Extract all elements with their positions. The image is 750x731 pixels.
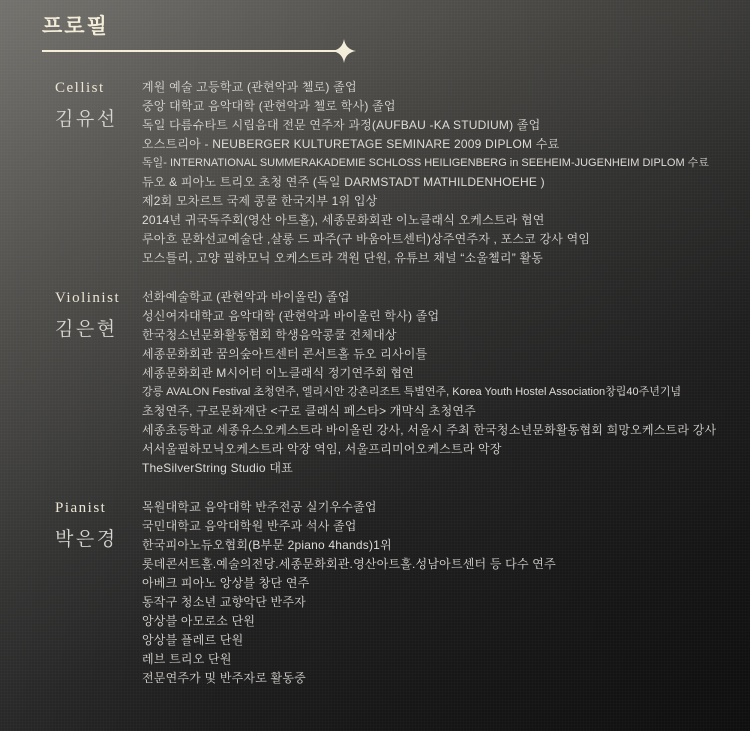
role-label: Pianist <box>55 498 142 517</box>
credential-line: 레브 트리오 단원 <box>142 650 750 669</box>
credential-line: 앙상블 아모로소 단원 <box>142 612 750 631</box>
section-heading: Pianist 박은경 <box>55 498 142 688</box>
credential-line: 동작구 청소년 교향악단 반주자 <box>142 593 750 612</box>
sparkle-icon <box>332 39 356 63</box>
section-pianist: Pianist 박은경 목원대학교 음악대학 반주전공 실기우수졸업 국민대학교… <box>55 498 750 688</box>
credential-line: 롯데콘서트홀.예술의전당.세종문화회관.영산아트홀.성남아트센터 등 다수 연주 <box>142 555 750 574</box>
credential-line: 성신여자대학교 음악대학 (관현악과 바이올린 학사) 졸업 <box>142 307 750 326</box>
credential-list: 선화예술학교 (관현악과 바이올린) 졸업 성신여자대학교 음악대학 (관현악과… <box>142 288 750 478</box>
role-label: Cellist <box>55 78 142 97</box>
credential-line: 제2회 모차르트 국제 콩쿨 한국지부 1위 입상 <box>142 192 750 211</box>
credential-line: 루아흐 문화선교예술단 ,살롱 드 파주(구 바움아트센터)상주연주자 , 포스… <box>142 230 750 249</box>
credential-line: 2014년 귀국독주회(영산 아트홀), 세종문화회관 이노클래식 오케스트라 … <box>142 211 750 230</box>
section-violinist: Violinist 김은현 선화예술학교 (관현악과 바이올린) 졸업 성신여자… <box>55 288 750 478</box>
section-cellist: Cellist 김유선 계원 예술 고등학교 (관현악과 첼로) 졸업 중앙 대… <box>55 78 750 268</box>
section-heading: Violinist 김은현 <box>55 288 142 478</box>
role-label: Violinist <box>55 288 142 307</box>
credential-line: 초청연주, 구로문화재단 <구로 클래식 페스타> 개막식 초청연주 <box>142 402 750 421</box>
credential-list: 목원대학교 음악대학 반주전공 실기우수졸업 국민대학교 음악대학원 반주과 석… <box>142 498 750 688</box>
musician-name: 김유선 <box>55 104 142 131</box>
credential-line: 전문연주가 및 반주자로 활동중 <box>142 669 750 688</box>
credential-line: 선화예술학교 (관현악과 바이올린) 졸업 <box>142 288 750 307</box>
credential-line: 세종초등학교 세종유스오케스트라 바이올린 강사, 서울시 주최 한국청소년문화… <box>142 421 750 440</box>
credential-line: 한국피아노듀오협회(B부문 2piano 4hands)1위 <box>142 536 750 555</box>
credential-line: 한국청소년문화활동협회 학생음악콩쿨 전체대상 <box>142 326 750 345</box>
credential-line: 독일 다름슈타트 시립음대 전문 연주자 과정(AUFBAU -KA STUDI… <box>142 116 750 135</box>
credential-line: 오스트리아 - NEUBERGER KULTURETAGE SEMINARE 2… <box>142 135 750 154</box>
credential-line: 중앙 대학교 음악대학 (관현악과 첼로 학사) 졸업 <box>142 97 750 116</box>
section-heading: Cellist 김유선 <box>55 78 142 268</box>
profile-sections: Cellist 김유선 계원 예술 고등학교 (관현악과 첼로) 졸업 중앙 대… <box>55 78 750 688</box>
page-header: 프로필 <box>0 0 750 52</box>
credential-line: 계원 예술 고등학교 (관현악과 첼로) 졸업 <box>142 78 750 97</box>
credential-line: 독일- INTERNATIONAL SUMMERAKADEMIE SCHLOSS… <box>142 154 750 173</box>
credential-line: 강릉 AVALON Festival 초청연주, 엘리시안 강촌리조트 특별연주… <box>142 383 750 402</box>
page-title: 프로필 <box>42 10 750 40</box>
title-underline <box>42 50 342 52</box>
credential-line: 세종문화회관 M시어터 이노클래식 정기연주회 협연 <box>142 364 750 383</box>
credential-line: 서서울필하모닉오케스트라 악장 역임, 서울프리미어오케스트라 악장 <box>142 440 750 459</box>
credential-line: 듀오 & 피아노 트리오 초청 연주 (독일 DARMSTADT MATHILD… <box>142 173 750 192</box>
credential-line: 모스틀리, 고양 필하모닉 오케스트라 객원 단원, 유튜브 채널 “소울첼리”… <box>142 249 750 268</box>
profile-page: 프로필 Cellist 김유선 계원 예술 고등학교 (관현악과 첼로) 졸업 … <box>0 0 750 688</box>
credential-line: 아베크 피아노 앙상블 창단 연주 <box>142 574 750 593</box>
credential-line: 세종문화회관 꿈의숲아트센터 콘서트홀 듀오 리사이틀 <box>142 345 750 364</box>
credential-line: 국민대학교 음악대학원 반주과 석사 졸업 <box>142 517 750 536</box>
musician-name: 김은현 <box>55 314 142 341</box>
credential-line: TheSilverString Studio 대표 <box>142 459 750 478</box>
credential-list: 계원 예술 고등학교 (관현악과 첼로) 졸업 중앙 대학교 음악대학 (관현악… <box>142 78 750 268</box>
credential-line: 목원대학교 음악대학 반주전공 실기우수졸업 <box>142 498 750 517</box>
credential-line: 앙상블 플레르 단원 <box>142 631 750 650</box>
musician-name: 박은경 <box>55 524 142 551</box>
